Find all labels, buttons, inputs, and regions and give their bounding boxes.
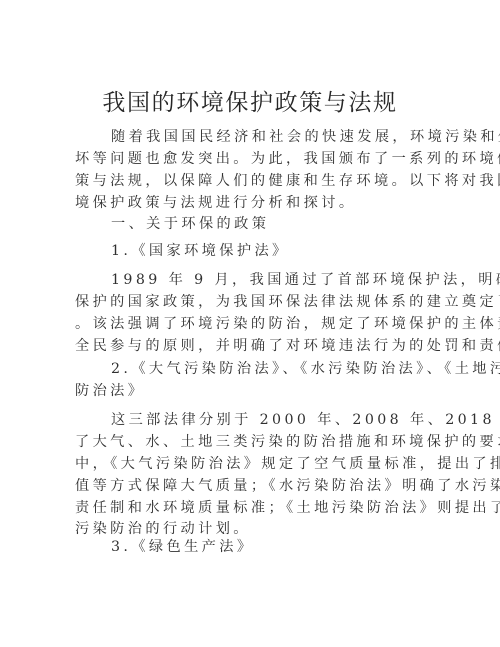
subsection-heading: 2.《大气污染防治法》、《水污染防治法》、《土地污染 — [111, 360, 471, 378]
paragraph-line: 全民参与的原则，并明确了对环境违法行为的处罚和责任。 — [75, 337, 435, 355]
document-page: 我国的环境保护政策与法规 随着我国国民经济和社会的快速发展，环境污染和生态破 坏… — [0, 0, 500, 647]
document-title: 我国的环境保护政策与法规 — [0, 88, 500, 118]
paragraph-line: 值等方式保障大气质量；《水污染防治法》明确了水污染防治 — [75, 477, 435, 495]
intro-paragraph-line: 境保护政策与法规进行分析和探讨。 — [75, 194, 435, 212]
subsection-heading: 1.《国家环境保护法》 — [111, 242, 471, 260]
paragraph-line: 责任制和水环境质量标准；《土地污染防治法》则提出了土壤 — [75, 499, 435, 517]
paragraph-line: 中，《大气污染防治法》规定了空气质量标准，提出了排放限 — [75, 455, 435, 473]
intro-paragraph-line: 随着我国国民经济和社会的快速发展，环境污染和生态破 — [111, 128, 471, 146]
paragraph-line: 这三部法律分别于 2000 年、2008 年、2018 年颁布，明确 — [111, 411, 471, 429]
paragraph-line: 1989 年 9 月，我国通过了首部环境保护法，明确了环境 — [111, 271, 471, 289]
subsection-heading: 防治法》 — [75, 382, 435, 400]
paragraph-line: 保护的国家政策，为我国环保法律法规体系的建立奠定了基础 — [75, 293, 435, 311]
intro-paragraph-line: 坏等问题也愈发突出。为此，我国颁布了一系列的环境保护政 — [75, 150, 435, 168]
subsection-heading: 3.《绿色生产法》 — [111, 538, 471, 556]
section-heading: 一、关于环保的政策 — [111, 215, 471, 233]
paragraph-line: 。该法强调了环境污染的防治，规定了环境保护的主体责任和 — [75, 315, 435, 333]
paragraph-line: 了大气、水、土地三类污染的防治措施和环境保护的要求。其 — [75, 433, 435, 451]
intro-paragraph-line: 策与法规，以保障人们的健康和生存环境。以下将对我国的环 — [75, 172, 435, 190]
paragraph-line: 污染防治的行动计划。 — [75, 520, 435, 538]
